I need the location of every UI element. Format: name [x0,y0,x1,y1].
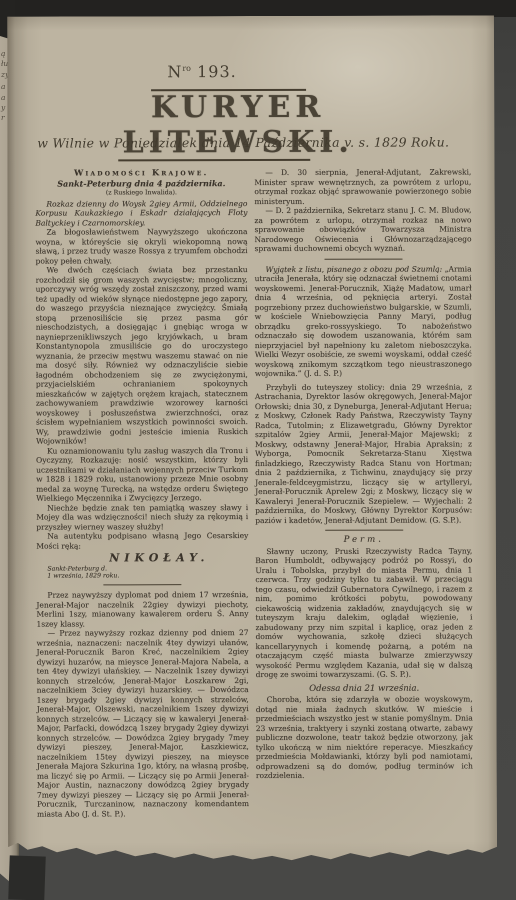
article-paragraph: Choroba, która się zdarzyła w obozie woy… [256,694,473,780]
source-note: (z Ruskiego Inwalida). [35,188,247,198]
margin-text-fragment: łu [1,60,8,68]
article-paragraph: Sławny uczony, Pruski Rzeczywisty Radca … [255,546,472,680]
margin-text-fragment: a [1,94,5,102]
article-columns: Wiadomości Krajowe. Sankt-Peterburg dnia… [35,167,473,818]
right-column: — D. 30 sierpnia, Jenerał-Adjutant, Zakr… [254,167,473,818]
signature-intro: Na autentyku podpisano własną Jego Cesar… [36,531,248,551]
margin-text-fragment: a [1,83,5,91]
article-paragraph: Za błogosławieństwem Naywyższego ukończo… [35,227,247,266]
masthead-rule-bottom [118,159,310,161]
scan-background: ą łu zy a a y r Nro 193. KURYER LITEWSKI… [0,0,516,900]
section-divider-rule [324,258,402,259]
article-paragraph: Ku oznamionowaniu tylu zasług waszych dl… [36,446,248,504]
margin-text-fragment: y [1,104,5,112]
perm-section-header: Perm. [255,535,472,545]
arrivals-paragraph: Przybyli do tuteyszey stolicy: dnia 29 w… [255,382,472,525]
odessa-section-header: Odessa dnia 21 września. [256,684,473,694]
letter-excerpt-lead: Wyjątek z listu, pisanego z obozu pod Sz… [266,264,443,273]
scan-top-edge [0,0,516,17]
torn-edge-shadow [8,855,46,900]
article-paragraph: We dwóch częściach świata bez przestanku… [36,265,248,446]
section-divider-rule [103,584,181,585]
issue-superscript: ro [182,64,191,73]
left-column: Wiadomości Krajowe. Sankt-Peterburg dnia… [35,168,249,819]
letter-excerpt-body: „Armia utraciła Jenerała, który się odzn… [255,264,472,378]
order-title: Rozkaz dzienny do Woysk 2giey Armii, Odd… [35,199,247,228]
article-place-dateline: Sankt-Peterburg dnia 4 października. [35,179,247,189]
issue-number: Nro 193. [6,62,398,82]
masthead-dateline: w Wilnie w Poniedzialek dnia 14 Paździer… [37,134,449,150]
article-paragraph: — Przez naywyższy rozkaz dzienny pod dni… [36,628,248,819]
article-paragraph: — D. 30 sierpnia, Jenerał-Adjutant, Zakr… [254,167,471,206]
imperial-signature: NIKOŁAY. [70,553,248,563]
article-paragraph: — D. 2 października, Sekretarz stanu J. … [254,205,471,253]
signature-date: 1 września, 1829 roku. [36,572,248,580]
letter-excerpt: Wyjątek z listu, pisanego z obozu pod Sz… [255,264,472,379]
section-divider-rule [325,530,403,531]
section-header: Wiadomości Krajowe. [35,168,247,178]
newspaper-page: Nro 193. KURYER LITEWSKI. w Wilnie w Pon… [6,15,497,874]
issue-prefix: N [167,62,182,81]
margin-text-fragment: r [1,114,5,122]
article-paragraph: Niechże będzie znak ten pamiątką waszey … [36,503,248,532]
issue-value: 193. [197,62,237,81]
article-paragraph: Przez naywyższy dyplomat pod dniem 17 wr… [36,590,248,629]
margin-text-fragment: ą [1,50,5,58]
